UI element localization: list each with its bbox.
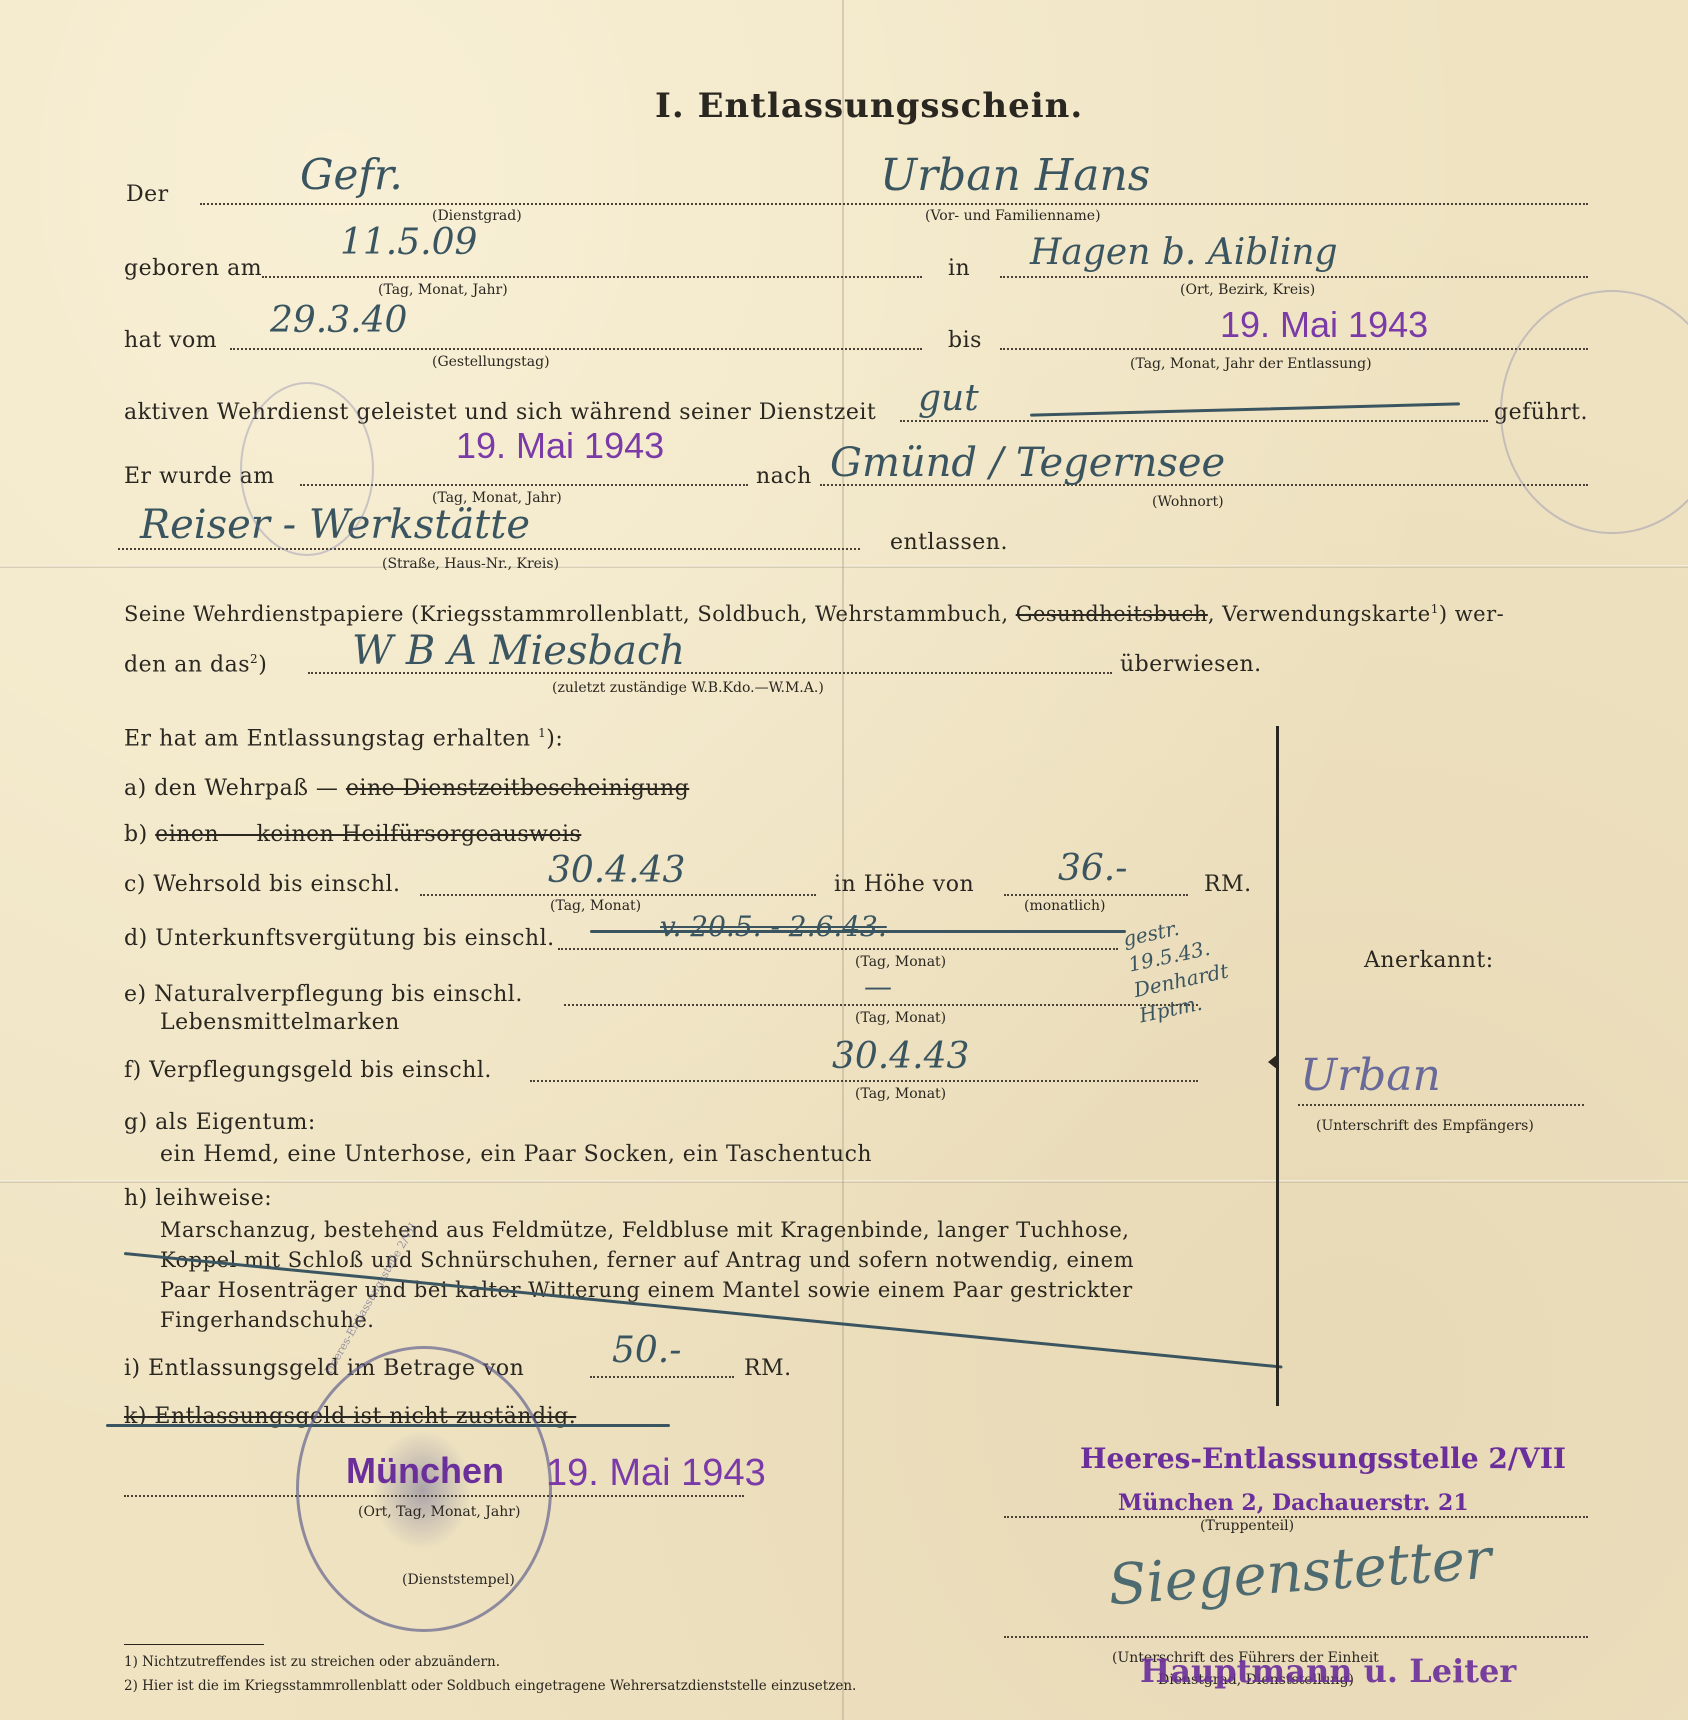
item-c-amount-caption: (monatlich)	[1024, 898, 1105, 914]
acknowledged-label: Anerkannt:	[1364, 948, 1494, 973]
item-g-text2: ein Hemd, eine Unterhose, ein Paar Socke…	[160, 1142, 872, 1167]
item-c: c) Wehrsold bis einschl.	[124, 872, 401, 897]
papers-prefix: Seine Wehrdienstpapiere (Kriegsstammroll…	[124, 602, 1009, 626]
unit-stamp-line-2: München 2, Dachauerstr. 21	[1118, 1490, 1469, 1516]
birthplace-caption: (Ort, Bezirk, Kreis)	[1180, 282, 1315, 298]
papers-transfer-suffix: überwiesen.	[1120, 652, 1262, 677]
label-in: in	[948, 256, 970, 281]
label-den-an-das: den an das2)	[124, 652, 267, 677]
item-h-line-4: Fingerhandschuhe.	[160, 1308, 374, 1332]
item-h: h) leihweise:	[124, 1186, 272, 1211]
item-e-text: Naturalverpflegung bis einschl.	[154, 982, 523, 1007]
item-e-line	[564, 1004, 1198, 1006]
seal-caption: (Dienststempel)	[402, 1572, 515, 1588]
item-b-key: b)	[124, 822, 148, 847]
received-heading-end: ):	[546, 726, 563, 751]
item-h-line-1: Marschanzug, bestehend aus Feldmütze, Fe…	[160, 1218, 1129, 1242]
item-i-value: 50.-	[612, 1330, 681, 1371]
papers-struck-item: Gesundheitsbuch	[1016, 602, 1208, 626]
label-geboren: geboren am	[124, 256, 262, 281]
footnote-ref-received: 1	[538, 726, 546, 740]
residence-caption: (Wohnort)	[1152, 494, 1224, 510]
place-stamp-date: 19. Mai 1943	[546, 1452, 766, 1495]
item-f-value: 30.4.43	[832, 1036, 969, 1077]
rank-line	[200, 203, 1588, 205]
birthdate-caption: (Tag, Monat, Jahr)	[378, 282, 508, 298]
conduct-line	[900, 420, 1488, 422]
name-value: Urban Hans	[880, 150, 1150, 201]
item-c-caption: (Tag, Monat)	[550, 898, 641, 914]
service-from-line	[230, 348, 922, 350]
item-h-line-2: Koppel mit Schloß und Schnürschuhen, fer…	[160, 1248, 1134, 1272]
item-a-text: den Wehrpaß —	[154, 776, 338, 801]
office-caption: (zuletzt zuständige W.B.Kdo.—W.M.A.)	[552, 680, 824, 696]
label-der: Der	[126, 182, 169, 207]
footnote-2: 2) Hier ist die im Kriegsstammrollenblat…	[124, 1678, 856, 1694]
item-e-caption: (Tag, Monat)	[855, 1010, 946, 1026]
residence-value: Gmünd / Tegernsee	[830, 440, 1225, 486]
item-e: e) Naturalverpflegung bis einschl.	[124, 982, 523, 1007]
item-c-value: 30.4.43	[548, 850, 685, 891]
item-d-line	[558, 948, 1118, 950]
item-d-strike-line	[590, 930, 1126, 933]
label-nach: nach	[756, 464, 812, 489]
item-d-caption: (Tag, Monat)	[855, 954, 946, 970]
papers-text: Seine Wehrdienstpapiere (Kriegsstammroll…	[124, 602, 1504, 626]
item-d-struck-value: v. 20.5. - 2.6.43.	[660, 910, 887, 943]
item-c-line	[420, 894, 816, 896]
item-e-value: —	[864, 970, 892, 1003]
item-i-line	[590, 1376, 734, 1378]
paper-fold-middle	[0, 1180, 1688, 1183]
service-to-line	[1000, 348, 1588, 350]
discharge-date-stamp: 19. Mai 1943	[456, 425, 664, 467]
service-from-value: 29.3.40	[270, 300, 407, 341]
footnote-1-mark: 1)	[124, 1654, 138, 1670]
conduct-text: aktiven Wehrdienst geleistet und sich wä…	[124, 400, 876, 425]
item-d-note: gestr. 19.5.43. Denhardt Hptm.	[1121, 900, 1270, 1029]
place-date-caption: (Ort, Tag, Monat, Jahr)	[358, 1504, 520, 1520]
item-g: g) als Eigentum:	[124, 1110, 316, 1135]
received-heading-text: Er hat am Entlassungstag erhalten	[124, 726, 531, 751]
item-g-key: g)	[124, 1110, 148, 1135]
label-bis: bis	[948, 328, 982, 353]
papers-line2-label: den an das	[124, 652, 250, 677]
item-h-text: leihweise:	[155, 1186, 272, 1211]
conduct-value: gut	[918, 378, 979, 419]
document-title: I. Entlassungsschein.	[655, 86, 1083, 126]
item-a-key: a)	[124, 776, 147, 801]
recipient-signature-line	[1298, 1104, 1584, 1106]
unit-line	[1004, 1516, 1588, 1518]
faint-seal-right	[1500, 290, 1688, 534]
street-line	[118, 548, 860, 550]
papers-suffix: , Verwendungskarte	[1208, 602, 1431, 626]
footnote-ref-1: 1	[1431, 602, 1439, 616]
item-e-key: e)	[124, 982, 147, 1007]
item-f-text: Verpflegungsgeld bis einschl.	[149, 1058, 492, 1083]
item-d-key: d)	[124, 926, 148, 951]
footnote-ref-2: 2	[250, 652, 258, 666]
birthplace-value: Hagen b. Aibling	[1030, 232, 1338, 273]
service-to-stamp: 19. Mai 1943	[1220, 304, 1428, 346]
item-d-text: Unterkunftsvergütung bis einschl.	[155, 926, 554, 951]
recipient-signature-caption: (Unterschrift des Empfängers)	[1316, 1118, 1534, 1134]
recipient-signature: Urban	[1300, 1050, 1441, 1101]
item-i-currency: RM.	[744, 1356, 792, 1381]
unit-caption: (Truppenteil)	[1200, 1518, 1294, 1534]
item-f-key: f)	[124, 1058, 142, 1083]
discharge-suffix: entlassen.	[890, 530, 1008, 555]
place-stamp-city: München	[346, 1450, 504, 1492]
item-g-text: als Eigentum:	[155, 1110, 316, 1135]
papers-end: ) wer-	[1439, 602, 1504, 626]
rank-value: Gefr.	[300, 150, 403, 199]
footnote-2-text: Hier ist die im Kriegsstammrollenblatt o…	[142, 1678, 856, 1694]
brace-point-icon	[1268, 1054, 1278, 1070]
commander-signature: Siegenstetter	[1106, 1527, 1493, 1619]
unit-stamp-line-1: Heeres-Entlassungsstelle 2/VII	[1080, 1442, 1566, 1475]
paper-fold-vertical	[842, 0, 844, 1720]
item-c-text: Wehrsold bis einschl.	[153, 872, 400, 897]
item-a: a) den Wehrpaß — eine Dienstzeitbeschein…	[124, 776, 689, 801]
item-d: d) Unterkunftsvergütung bis einschl.	[124, 926, 555, 951]
service-to-caption: (Tag, Monat, Jahr der Entlassung)	[1130, 356, 1372, 372]
item-e-text2: Lebensmittelmarken	[160, 1010, 400, 1035]
footnote-2-mark: 2)	[124, 1678, 138, 1694]
item-c-key: c)	[124, 872, 146, 897]
paper-fold-upper	[0, 565, 1688, 568]
item-f-caption: (Tag, Monat)	[855, 1086, 946, 1102]
item-h-key: h)	[124, 1186, 148, 1211]
item-i-key: i)	[124, 1356, 141, 1381]
item-b: b) einen — keinen Heilfürsorgeausweis	[124, 822, 581, 847]
item-c-currency: RM.	[1204, 872, 1252, 897]
label-hat-vom: hat vom	[124, 328, 217, 353]
place-date-line	[124, 1495, 744, 1497]
received-heading: Er hat am Entlassungstag erhalten 1):	[124, 726, 563, 751]
street-caption: (Straße, Haus-Nr., Kreis)	[382, 556, 559, 572]
footnote-1-text: Nichtzutreffendes ist zu streichen oder …	[142, 1654, 500, 1670]
rank-stamp: Hauptmann u. Leiter	[1140, 1652, 1516, 1690]
footnote-separator	[124, 1644, 264, 1645]
office-value: W B A Miesbach	[352, 628, 685, 674]
item-c-amount-line	[1004, 894, 1188, 896]
item-b-struck: einen — keinen Heilfürsorgeausweis	[155, 822, 581, 847]
item-f-line	[530, 1080, 1198, 1082]
name-caption: (Vor- und Familienname)	[925, 208, 1101, 224]
item-h-line-3: Paar Hosenträger und bei kalter Witterun…	[160, 1278, 1133, 1302]
birthplace-line	[1000, 276, 1588, 278]
conduct-fill-stroke	[1030, 402, 1460, 416]
item-c-amount-value: 36.-	[1058, 848, 1127, 889]
footnote-1: 1) Nichtzutreffendes ist zu streichen od…	[124, 1654, 500, 1670]
service-from-caption: (Gestellungstag)	[432, 354, 550, 370]
item-f: f) Verpflegungsgeld bis einschl.	[124, 1058, 492, 1083]
item-a-struck: eine Dienstzeitbescheinigung	[346, 776, 689, 801]
faint-seal-upper	[240, 382, 374, 556]
birthdate-line	[262, 276, 922, 278]
item-c-amount-label: in Höhe von	[834, 872, 974, 897]
commander-signature-line	[1004, 1636, 1588, 1638]
birthdate-value: 11.5.09	[340, 222, 477, 263]
